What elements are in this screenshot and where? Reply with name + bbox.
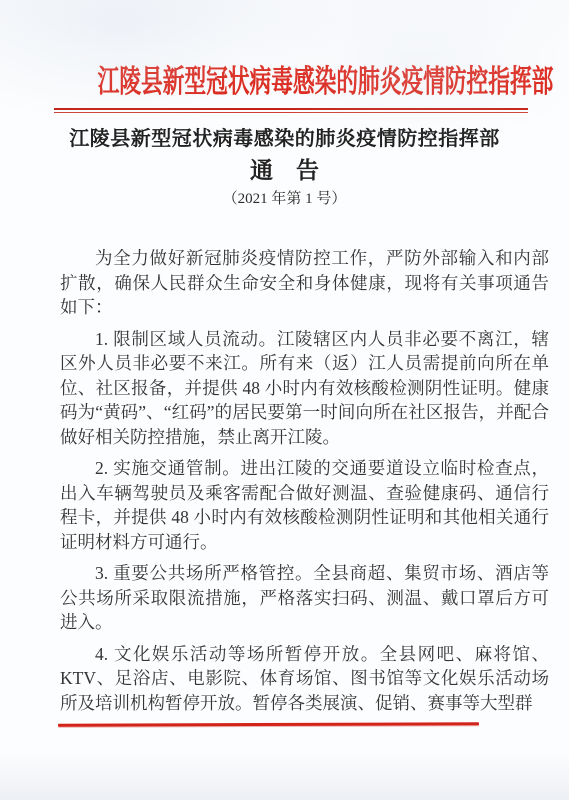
paragraph-item-3: 3. 重要公共场所严格管控。全县商超、集贸市场、酒店等公共场所采取限流措施，严格… [60,561,549,635]
paragraph-intro: 为全力做好新冠肺炎疫情防控工作，严防外部输入和内部扩散，确保人民群众生命安全和身… [60,246,549,320]
notice-title-block: 江陵县新型冠状病毒感染的肺炎疫情防控指挥部 通 告 （2021 年第 1 号） [0,127,569,208]
masthead-double-rule [54,108,528,113]
notice-type-title: 通 告 [0,158,569,184]
paragraph-item-4: 4. 文化娱乐活动等场所暂停开放。全县网吧、麻将馆、KTV、足浴店、电影院、体育… [60,642,549,716]
notice-body: 为全力做好新冠肺炎疫情防控工作，严防外部输入和内部扩散，确保人民群众生命安全和身… [60,246,549,715]
footer-red-line [58,722,479,726]
scanned-notice-page: 江陵县新型冠状病毒感染的肺炎疫情防控指挥部 江陵县新型冠状病毒感染的肺炎疫情防控… [0,0,569,800]
masthead-title: 江陵县新型冠状病毒感染的肺炎疫情防控指挥部 [98,62,554,102]
masthead-banner: 江陵县新型冠状病毒感染的肺炎疫情防控指挥部 [0,62,569,102]
issue-number: （2021 年第 1 号） [0,190,569,208]
notice-org-title: 江陵县新型冠状病毒感染的肺炎疫情防控指挥部 [0,127,569,151]
paragraph-item-2: 2. 实施交通管制。进出江陵的交通要道设立临时检查点，出入车辆驾驶员及乘客需配合… [60,456,549,554]
paragraph-item-1: 1. 限制区域人员流动。江陵辖区内人员非必要不离江，辖区外人员非必要不来江。所有… [60,327,549,450]
